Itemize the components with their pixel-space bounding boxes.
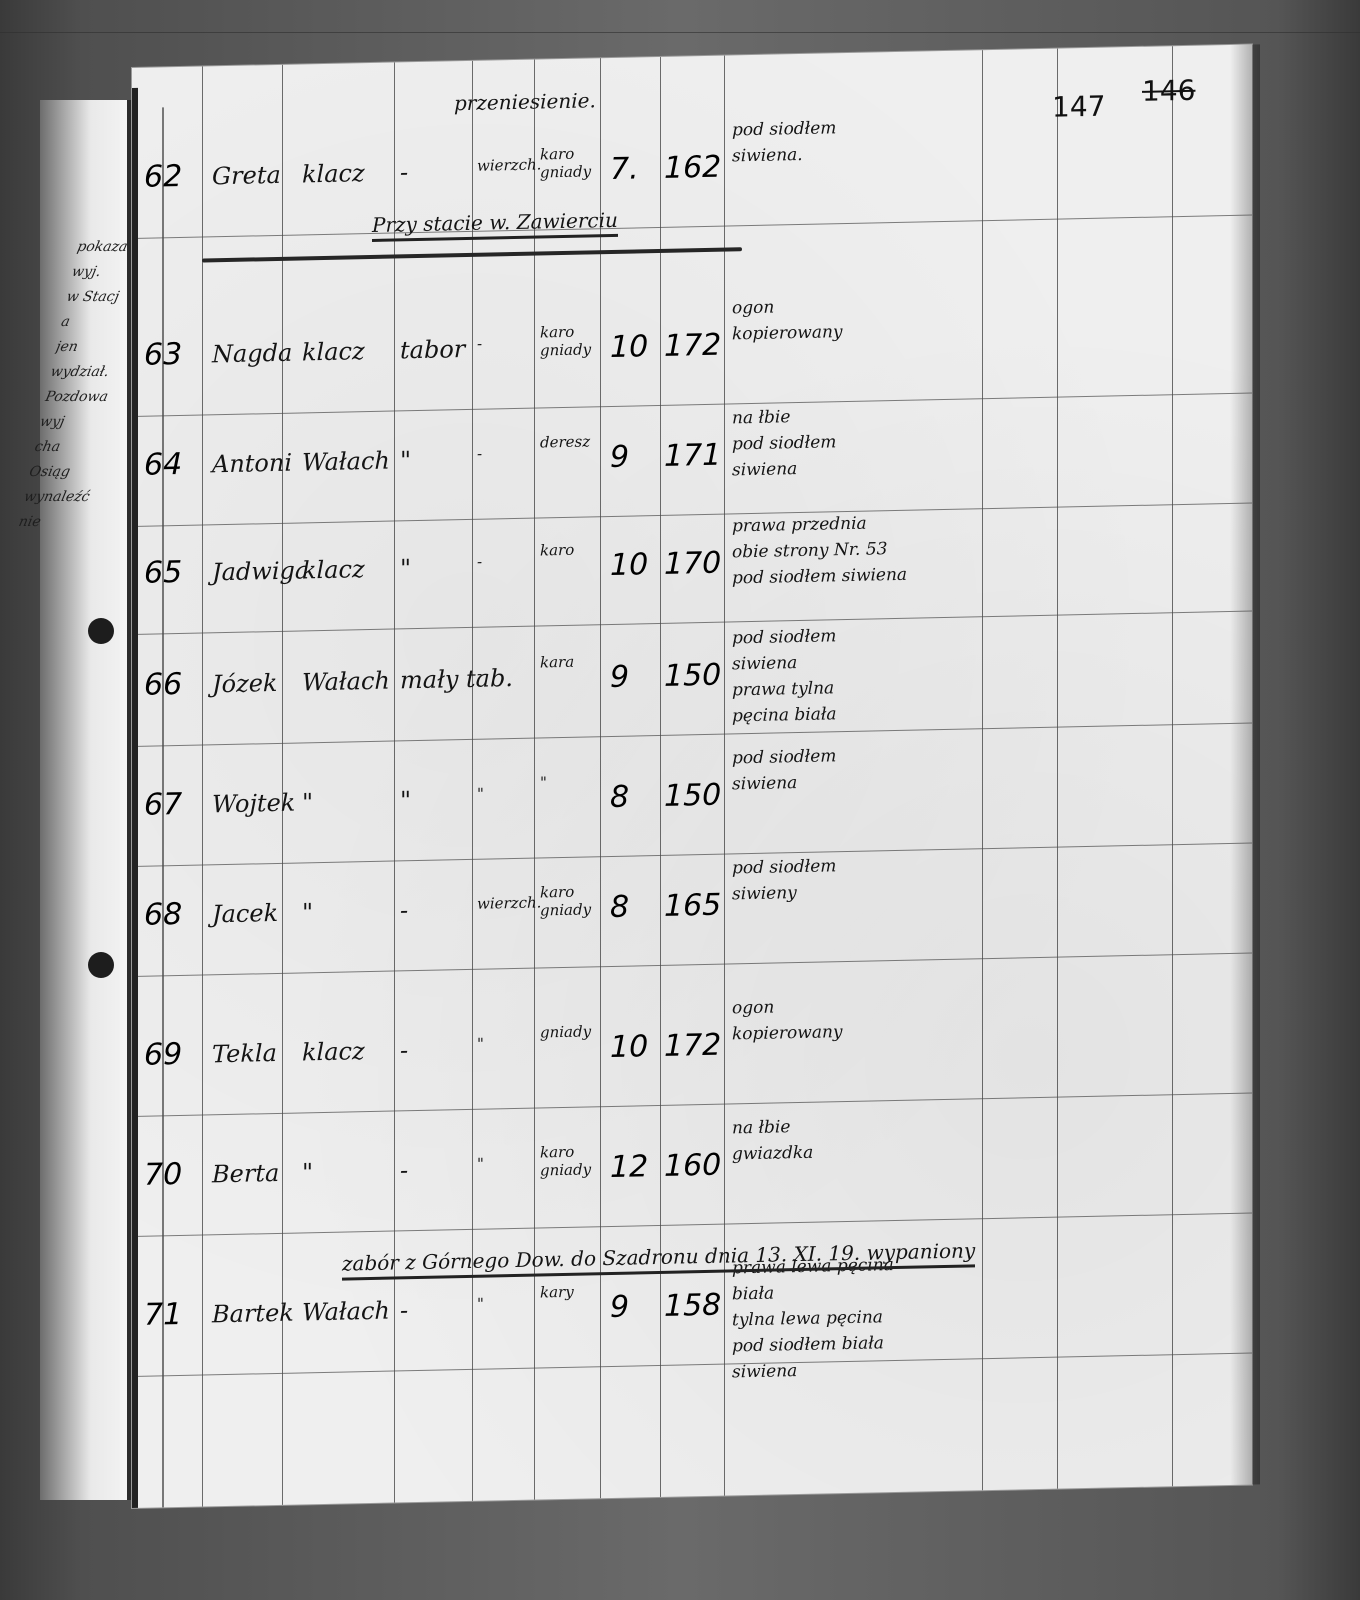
horse-name: Berta	[212, 1159, 279, 1188]
horse-kind: "	[302, 1158, 313, 1186]
use-category: -	[400, 1036, 408, 1064]
horse-name: Bartek	[212, 1299, 294, 1329]
margin-note-line: cha	[32, 435, 117, 460]
section-note: Przy stacie w. Zawierciu	[372, 208, 618, 242]
use-type: wierzch.	[477, 155, 541, 174]
coat-color: karo gniady	[540, 322, 596, 359]
horse-name: Nagda	[212, 339, 292, 369]
age: 9	[610, 440, 629, 475]
ledger-page: 147 146 przeniesienie. 62Gretaklacz-wier…	[132, 45, 1252, 1508]
coat-color: gniady	[540, 1022, 596, 1041]
age: 8	[610, 780, 629, 815]
margin-note-line: jen	[53, 335, 138, 360]
remarks-line: siwiena	[732, 767, 962, 798]
remarks: pod siodłemsiwiena	[732, 741, 962, 798]
use-category: -	[400, 1296, 408, 1324]
horse-kind: klacz	[302, 555, 365, 584]
horse-kind: "	[302, 898, 313, 926]
row-rule	[138, 953, 1252, 977]
use-type: "	[477, 1035, 484, 1053]
horse-name: Jadwiga	[212, 556, 309, 586]
height-cm: 150	[664, 658, 721, 694]
use-type: -	[477, 553, 482, 571]
horse-kind: klacz	[302, 1037, 365, 1066]
entry-number: 62	[144, 159, 182, 195]
age: 10	[610, 1029, 648, 1065]
remarks: ogonkopierowany	[732, 991, 962, 1048]
age: 10	[610, 329, 648, 365]
margin-note-line: wyj	[37, 410, 122, 435]
height-cm: 171	[664, 438, 721, 474]
punch-hole	[88, 952, 114, 978]
remarks-line: pęcina biała	[732, 699, 962, 730]
horse-name: Jacek	[212, 899, 278, 928]
use-category: -	[400, 1156, 408, 1184]
punch-hole	[88, 618, 114, 644]
height-cm: 160	[664, 1148, 721, 1184]
use-type: "	[477, 785, 484, 803]
remarks-line: kopierowany	[732, 317, 962, 348]
table-row: 70Berta"-"karo gniady12160na łbiegwiazdk…	[132, 1095, 1252, 1228]
height-cm: 162	[664, 150, 721, 186]
row-rule	[138, 1213, 1252, 1237]
coat-color: kara	[540, 652, 596, 671]
use-type: -	[477, 445, 482, 463]
height-cm: 170	[664, 546, 721, 582]
height-cm: 150	[664, 778, 721, 814]
table-row: 65Jadwigaklacz"-karo10170prawa przedniao…	[132, 493, 1252, 626]
margin-note-line: Osiąg	[27, 460, 112, 485]
table-row: 62Gretaklacz-wierzch.karo gniady7.162pod…	[132, 97, 1252, 230]
entry-number: 63	[144, 337, 182, 373]
remarks-line: pod siodłem siwiena	[732, 561, 962, 592]
margin-note-line: Pozdowa	[43, 385, 128, 410]
remarks: na łbiepod siodłemsiwiena	[732, 401, 962, 484]
use-type: "	[477, 1295, 484, 1313]
entry-number: 70	[144, 1157, 182, 1193]
use-category: "	[400, 446, 411, 474]
remarks: prawa przedniaobie strony Nr. 53pod siod…	[732, 509, 962, 592]
coat-color: karo	[540, 540, 596, 559]
remarks-line: kopierowany	[732, 1017, 962, 1048]
margin-note-line: wydział.	[48, 360, 133, 385]
horse-kind: Wałach	[302, 447, 390, 477]
use-type: -	[477, 335, 482, 353]
use-type: wierzch.	[477, 893, 541, 912]
age: 7.	[610, 151, 639, 187]
horse-name: Greta	[212, 161, 281, 190]
use-category: "	[400, 554, 411, 582]
margin-note-line: wynaleźć	[21, 485, 106, 510]
height-cm: 158	[664, 1288, 721, 1324]
horse-kind: klacz	[302, 159, 365, 188]
horse-kind: "	[302, 788, 313, 816]
coat-color: karo gniady	[540, 882, 596, 919]
use-type: "	[477, 1155, 484, 1173]
remarks-line: siwiena.	[732, 139, 962, 170]
age: 12	[610, 1149, 648, 1185]
entry-number: 64	[144, 447, 182, 483]
horse-name: Tekla	[212, 1039, 277, 1068]
age: 10	[610, 547, 648, 583]
use-category: tabor	[400, 335, 465, 364]
entry-number: 68	[144, 897, 182, 933]
remarks: ogonkopierowany	[732, 291, 962, 348]
age: 9	[610, 1290, 629, 1325]
coat-color: "	[540, 772, 596, 791]
use-type: -	[477, 665, 482, 683]
coat-color: karo gniady	[540, 1142, 596, 1179]
remarks-line: siwieny	[732, 877, 962, 908]
remarks: pod siodłemsiwienaprawa tylnapęcina biał…	[732, 621, 962, 730]
coat-color: karo gniady	[540, 144, 596, 181]
margin-note-line: nie	[16, 510, 101, 535]
age: 8	[610, 890, 629, 925]
entry-number: 66	[144, 667, 182, 703]
entry-number: 65	[144, 555, 182, 591]
horse-name: Józek	[212, 669, 277, 698]
use-category: mały tab.	[400, 664, 513, 694]
table-row: 69Teklaklacz-"gniady10172ogonkopierowany	[132, 975, 1252, 1108]
remarks: pod siodłemsiwieny	[732, 851, 962, 908]
height-cm: 165	[664, 888, 721, 924]
row-rule	[138, 215, 1252, 239]
horse-name: Antoni	[212, 449, 292, 479]
remarks-line: gwiazdka	[732, 1137, 962, 1168]
use-category: -	[400, 158, 408, 186]
table-row: 66JózekWałachmały tab.-kara9150pod siodł…	[132, 605, 1252, 738]
entry-number: 71	[144, 1297, 182, 1333]
coat-color: deresz	[540, 432, 596, 451]
remarks: na łbiegwiazdka	[732, 1111, 962, 1168]
row-rule	[138, 1353, 1252, 1377]
horse-name: Wojtek	[212, 789, 295, 819]
age: 9	[610, 660, 629, 695]
use-category: -	[400, 896, 408, 924]
height-cm: 172	[664, 1028, 721, 1064]
horse-kind: klacz	[302, 337, 365, 366]
horse-kind: Wałach	[302, 1297, 390, 1327]
coat-color: kary	[540, 1282, 596, 1301]
remarks: pod siodłemsiwiena.	[732, 113, 962, 170]
remarks-line: siwiena	[732, 453, 962, 484]
entry-number: 69	[144, 1037, 182, 1073]
height-cm: 172	[664, 328, 721, 364]
use-category: "	[400, 786, 411, 814]
table-row: 68Jacek"-wierzch.karo gniady8165pod siod…	[132, 835, 1252, 968]
horse-kind: Wałach	[302, 667, 390, 697]
entry-number: 67	[144, 787, 182, 823]
